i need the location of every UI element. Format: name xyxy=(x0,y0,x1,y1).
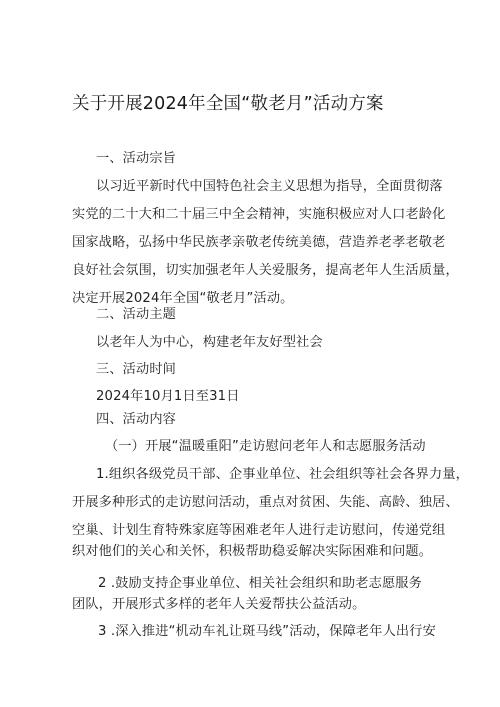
text-line: 良好社会氛围，切实加强老年人关爱服务，提高老年人生活质量， xyxy=(72,262,459,280)
text-line: 一、活动宗旨 xyxy=(96,150,176,168)
text-line: 3 .深入推进“机动车礼让斑马线”活动，保障老年人出行安 xyxy=(98,623,436,641)
text-line: 织对他们的关心和关怀，积极帮助稳妥解决实际困难和问题。 xyxy=(72,543,432,561)
text-line: （一）开展“温暖重阳”走访慰问老年人和志愿服务活动 xyxy=(105,438,426,456)
text-line: 四、活动内容 xyxy=(96,411,176,429)
text-line: 1.组织各级党员干部、企事业单位、社会组织等社会各界力量， xyxy=(96,466,469,484)
text-line: 二、活动主题 xyxy=(96,306,176,324)
text-line: 开展多种形式的走访慰问活动，重点对贫困、失能、高龄、独居、 xyxy=(72,494,459,512)
text-line: 团队，开展形式多样的老年人关爱帮扶公益活动。 xyxy=(72,596,365,614)
text-line: 以习近平新时代中国特色社会主义思想为指导，全面贯彻落 xyxy=(96,178,443,196)
text-line: 2024年10月1日至31日 xyxy=(96,388,240,406)
text-line: 国家战略，弘扬中华民族孝亲敬老传统美德，营造养老孝老敬老 xyxy=(72,234,445,252)
text-line: 2 .鼓励支持企事业单位、相关社会组织和助老志愿服务 xyxy=(98,575,422,593)
text-line: 三、活动时间 xyxy=(96,361,176,379)
text-line: 以老年人为中心，构建老年友好型社会 xyxy=(96,334,323,352)
text-line: 空巢、计划生育特殊家庭等困难老年人进行走访慰问，传递党组 xyxy=(72,522,445,540)
document-title: 关于开展2024年全国“敬老月”活动方案 xyxy=(72,93,384,115)
text-line: 实党的二十大和二十届三中全会精神，实施积极应对人口老龄化 xyxy=(72,206,445,224)
